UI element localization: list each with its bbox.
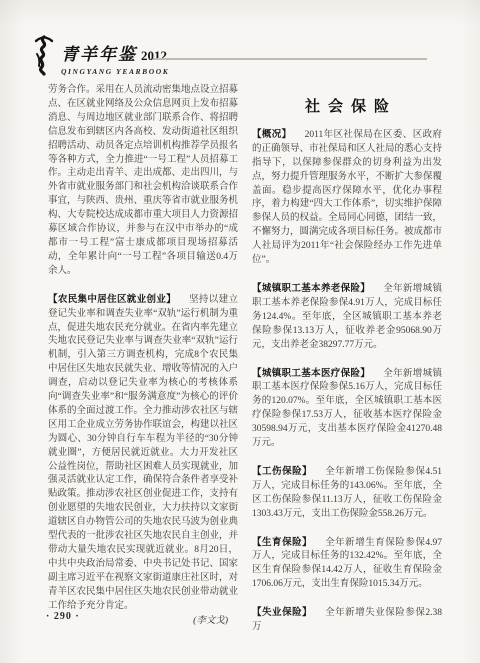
logo-title-line: 青羊年鉴 2012 — [61, 40, 169, 65]
page-header: 青羊年鉴 2012 QINGYANG YEARBOOK — [32, 34, 169, 76]
logo-text-block: 青羊年鉴 2012 QINGYANG YEARBOOK — [61, 34, 169, 76]
text-columns: 劳务合作。采用在人员流动密集地点设立招募点、在区就业网络及公众信息网页上发布招募… — [48, 84, 442, 635]
section-overview: 【概况】2011年区社保局在区委、区政府的正确领导、市社保局和区人社局的悉心支持… — [252, 128, 442, 268]
section-text: 全年新增城镇职工基本医疗保险参保5.16万人，完成目标任务的120.07%。至年… — [252, 369, 442, 449]
section-work-injury-insurance: 【工伤保险】全年新增工伤保险参保4.51万人，完成目标任务的143.06%。至年… — [252, 465, 442, 522]
section-label: 【工伤保险】 — [252, 466, 325, 477]
yearbook-goat-logo-icon — [32, 34, 56, 76]
section-label: 【概况】 — [252, 129, 305, 140]
section-label: 【城镇职工基本养老保险】 — [252, 283, 383, 294]
section-rural-employment: 【农民集中居住区就业创业】坚持以建立登记失业率和调查失业率“双轨”运行机制为重点… — [48, 293, 238, 614]
section-label: 【城镇职工基本医疗保险】 — [252, 368, 383, 379]
logo-subtitle: QINGYANG YEARBOOK — [61, 67, 169, 76]
header-divider-line — [153, 58, 427, 60]
page-number: · 290 · — [46, 611, 80, 622]
section-medical-insurance: 【城镇职工基本医疗保险】全年新增城镇职工基本医疗保险参保5.16万人，完成目标任… — [252, 367, 442, 451]
continuation-paragraph: 劳务合作。采用在人员流动密集地点设立招募点、在区就业网络及公众信息网页上发布招募… — [48, 84, 238, 279]
section-label: 【失业保险】 — [252, 607, 325, 618]
section-text: 2011年区社保局在区委、区政府的正确领导、市社保局和区人社局的悉心支持指导下，… — [252, 130, 442, 265]
section-label: 【生育保险】 — [252, 537, 325, 548]
section-maternity-insurance: 【生育保险】全年新增生育保险参保4.97万人，完成目标任务的132.42%。至年… — [252, 536, 442, 593]
chapter-title: 社会保险 — [297, 100, 397, 114]
section-text: 坚持以建立登记失业率和调查失业率“双轨”运行机制为重点，促进失地农民充分就业。在… — [48, 295, 238, 611]
section-label: 【农民集中居住区就业创业】 — [48, 294, 189, 305]
yearbook-page: 青羊年鉴 2012 QINGYANG YEARBOOK 劳务合作。采用在人员流动… — [0, 0, 480, 663]
section-unemployment-insurance: 【失业保险】全年新增失业保险参保2.38万 — [252, 606, 442, 635]
logo-title-cn: 青羊年鉴 — [61, 45, 137, 64]
left-column: 劳务合作。采用在人员流动密集地点设立招募点、在区就业网络及公众信息网页上发布招募… — [48, 84, 238, 635]
right-column: 社会保险 【概况】2011年区社保局在区委、区政府的正确领导、市社保局和区人社局… — [252, 84, 442, 635]
chapter-title-wrap: 社会保险 — [252, 100, 442, 117]
section-pension-insurance: 【城镇职工基本养老保险】全年新增城镇职工基本养老保险参保4.91万人，完成目标任… — [252, 282, 442, 353]
logo-year: 2012 — [141, 48, 167, 63]
